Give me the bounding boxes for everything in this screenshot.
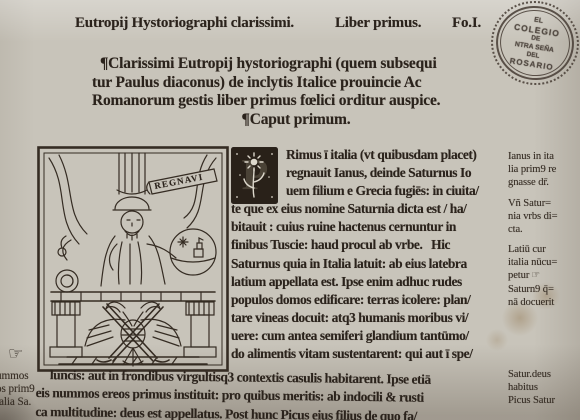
motto-banner: REGNAVI bbox=[147, 169, 217, 194]
manicule-icon: ☞ bbox=[531, 269, 540, 282]
margin-line: petur bbox=[508, 269, 529, 282]
text-line: uere: cum antea semiferi glandium tantūm… bbox=[231, 327, 509, 345]
margin-line: Satur.deus bbox=[508, 368, 580, 381]
coiled-serpent bbox=[56, 270, 78, 292]
margin-line: nia vrbs di= bbox=[508, 210, 580, 223]
margin-line: Vñ Satur= bbox=[508, 197, 580, 210]
margin-line: ummos bbox=[0, 370, 40, 383]
intro-rubric: ¶Clarissimi Eutropij hystoriographi (que… bbox=[92, 55, 500, 129]
stamp-line: ROSARIO bbox=[509, 56, 554, 73]
drapery-left bbox=[49, 155, 87, 260]
text-line: populos domos edificare: terras icolere:… bbox=[231, 291, 509, 309]
margin-line: gnasse dr̄. bbox=[508, 176, 580, 189]
margin-line: italia nūcu= bbox=[508, 256, 580, 269]
margin-line: talia Sa. bbox=[0, 396, 40, 409]
right-margin-note-4: Satur.deus habitus Picus Satur bbox=[508, 368, 580, 408]
orb-globe bbox=[170, 229, 216, 275]
full-width-text: luncis: aut in frondibus virgultisq3 con… bbox=[35, 366, 516, 420]
chapter-heading: ¶Caput primum. bbox=[92, 111, 500, 130]
woodcut-svg: REGNAVI bbox=[37, 146, 229, 372]
intro-line: tur Paulus diaconus) de inclytis Italice… bbox=[92, 74, 500, 93]
text-line: latium appellata est. Ipse enim adhuc ru… bbox=[231, 273, 509, 291]
drapery-right bbox=[184, 155, 216, 228]
column-motif bbox=[117, 153, 147, 194]
right-margin-note-1: Ianus in ita lia prim9 re gnasse dr̄. bbox=[508, 150, 580, 190]
manicule-icon: ☞ bbox=[8, 344, 23, 364]
margin-line: Latiū cur bbox=[508, 243, 580, 256]
margin-line: os prim9 bbox=[0, 383, 40, 396]
main-text-column: Rimus ī italia (vt quibusdam placet) reg… bbox=[231, 146, 509, 363]
header-book: Liber primus. bbox=[335, 15, 421, 32]
text-line: Saturnus quia in Italia latuit: ab eius … bbox=[231, 255, 509, 273]
intro-line: ¶Clarissimi Eutropij hystoriographi (que… bbox=[92, 55, 500, 74]
text-line: Rimus ī italia (vt quibusdam placet) bbox=[231, 146, 509, 164]
right-margin-note-2: Vñ Satur= nia vrbs di= cta. bbox=[508, 197, 580, 237]
margin-line: Picus Satur bbox=[508, 394, 580, 407]
seated-figure bbox=[101, 197, 176, 286]
left-margin-note: ummos os prim9 talia Sa. bbox=[0, 370, 40, 410]
throne-ledge bbox=[51, 292, 215, 301]
book-page-photo: Eutropij Hystoriographi clarissimi. Libe… bbox=[0, 0, 580, 420]
intro-line: Romanorum gestis liber primus fœlici ord… bbox=[92, 92, 500, 111]
text-line: do alimentis vitam sustentarent: qui aut… bbox=[231, 345, 509, 363]
margin-line: nā docuerit bbox=[508, 296, 580, 309]
margin-line: Saturn9 q̄= bbox=[508, 283, 580, 296]
text-line: uem filium e Grecia fugiēs: in ciuita/ bbox=[231, 182, 509, 200]
margin-line: Ianus in ita bbox=[508, 150, 580, 163]
margin-line: lia prim9 re bbox=[508, 163, 580, 176]
margin-line: habitus bbox=[508, 381, 580, 394]
header-title: Eutropij Hystoriographi clarissimi. bbox=[75, 15, 294, 32]
right-margin-note-3: Latiū cur italia nūcu= petur ☞ Saturn9 q… bbox=[508, 243, 580, 309]
text-line: finibus Tuscie: haud procul ab vrbe. Hic bbox=[231, 236, 509, 254]
text-line: bitauit : cuius ruine hactenus cernuntur… bbox=[231, 218, 509, 236]
text-line: tare vineas docuit: atq3 humanis moribus… bbox=[231, 309, 509, 327]
text-line: te que ex eius nomine Saturnia dicta est… bbox=[231, 200, 509, 218]
text-line: regnauit Ianus, deinde Saturnus Io bbox=[231, 164, 509, 182]
margin-line: cta. bbox=[508, 223, 580, 236]
woodcut-illustration: REGNAVI bbox=[37, 146, 229, 372]
header-folio: Fo.I. bbox=[452, 15, 481, 32]
